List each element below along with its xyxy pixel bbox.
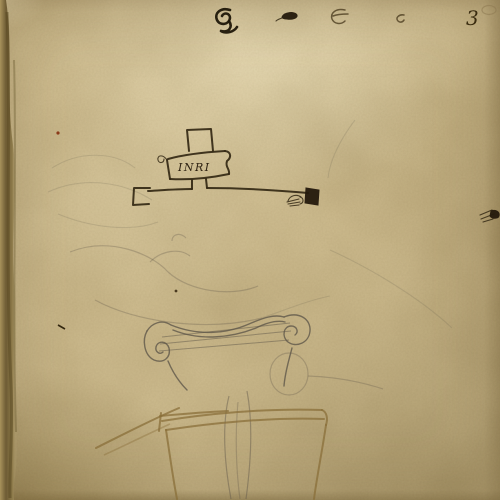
crossbar-left-arm: [148, 189, 192, 191]
neck-curve: [236, 402, 240, 499]
titulus-banner-bottom: [170, 174, 229, 179]
crossbar-right-terminal: [305, 188, 319, 205]
titulus-banner-right-curl: [225, 151, 230, 174]
folio-number: 3: [466, 6, 479, 30]
manuscript-page: INRI 3: [0, 0, 500, 500]
ink-c-mark: [332, 10, 348, 24]
vase-rim-line-lower: [166, 419, 324, 430]
faint-right-extension: [308, 376, 383, 389]
vase-left-side: [166, 430, 177, 499]
titulus-banner-left-edge: [167, 160, 170, 179]
ink-dot: [175, 290, 178, 293]
faint-diagonal: [328, 120, 355, 178]
binding-gutter-edge: [0, 0, 17, 500]
volute-capital-sketch: [144, 315, 383, 395]
faint-ring-mark: [482, 6, 496, 15]
sketch-layer: INRI 3: [0, 0, 500, 500]
faint-curve: [58, 214, 158, 228]
vase-right-corner: [322, 410, 327, 425]
small-curl: [172, 234, 186, 241]
cross-top-post: [187, 129, 213, 151]
ink-blob-tail: [276, 18, 282, 21]
red-speck: [56, 131, 59, 134]
crossbar-right-arm: [207, 188, 308, 193]
faint-diagonal: [330, 250, 452, 328]
left-volute-spiral: [144, 331, 169, 361]
cross-drawing: INRI: [133, 129, 319, 206]
scribble-blob: [490, 210, 499, 218]
neck-curve: [246, 391, 251, 499]
faint-curve: [48, 183, 152, 200]
ink-dash-mark: [397, 15, 404, 22]
titulus-banner-top: [168, 151, 225, 159]
titulus-banner-left-curl: [158, 156, 167, 163]
right-margin-scribble-mark: [480, 210, 499, 222]
pointing-hand-sketch: [287, 195, 303, 206]
cross-lower-post: [192, 179, 207, 189]
vase-right-side: [314, 425, 326, 499]
faint-pencil-scribbles: [48, 120, 452, 328]
faint-curve: [52, 155, 135, 168]
left-descender-curve: [168, 361, 187, 390]
neck-pencil-curves: [225, 391, 251, 499]
hand-thumb: [300, 197, 303, 204]
sweeping-curve: [95, 300, 262, 324]
gutter-streak: [14, 60, 16, 432]
hook-curve: [150, 251, 190, 262]
titulus-text: INRI: [177, 161, 211, 174]
vase-pedestal-sketch: [96, 408, 327, 499]
small-ink-tick: [58, 325, 65, 329]
ink-blob-mark: [282, 13, 297, 20]
top-edge-ink-marks: 3: [216, 6, 496, 33]
stray-diagonal-stroke: [96, 408, 179, 448]
